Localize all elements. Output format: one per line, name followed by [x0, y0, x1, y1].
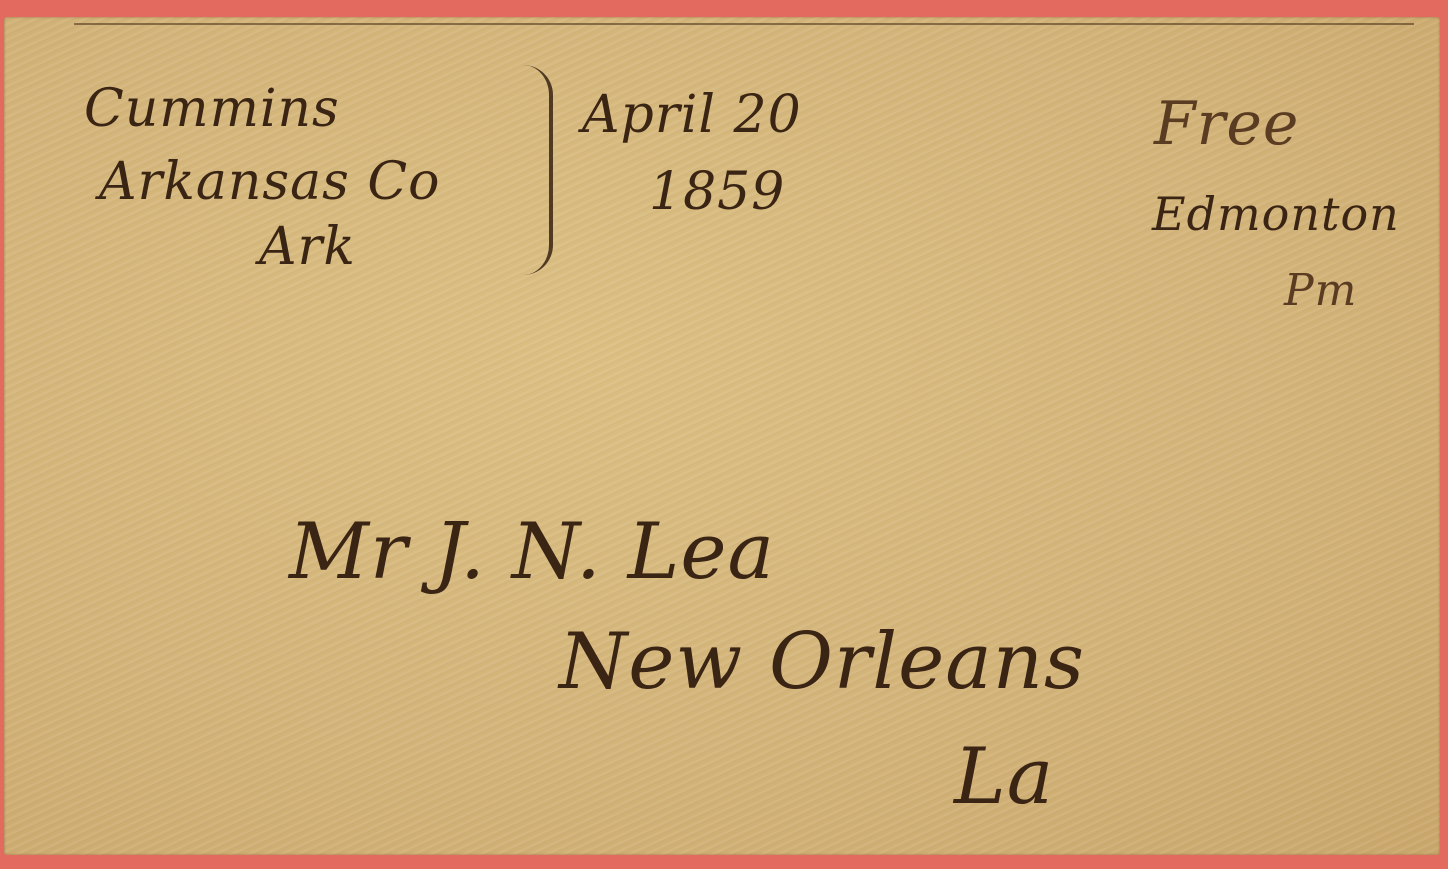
date-line1: April 20: [582, 85, 802, 145]
recipient-state: La: [954, 732, 1054, 822]
envelope-flap-edge: [74, 23, 1414, 25]
date-line2: 1859: [649, 162, 785, 222]
return-address-line1: Cummins: [84, 79, 340, 139]
brace-mark: [509, 65, 553, 275]
return-address-line2: Arkansas Co: [99, 152, 440, 212]
recipient-name: Mr J. N. Lea: [289, 507, 775, 597]
postal-marking-pm: Pm: [1284, 265, 1357, 316]
postal-marking-free: Free: [1154, 89, 1299, 159]
postal-marking-town: Edmonton: [1152, 187, 1400, 241]
return-address-line3: Ark: [259, 217, 356, 277]
recipient-city: New Orleans: [559, 617, 1085, 707]
envelope: Cummins Arkansas Co Ark April 20 1859 Fr…: [4, 17, 1440, 855]
